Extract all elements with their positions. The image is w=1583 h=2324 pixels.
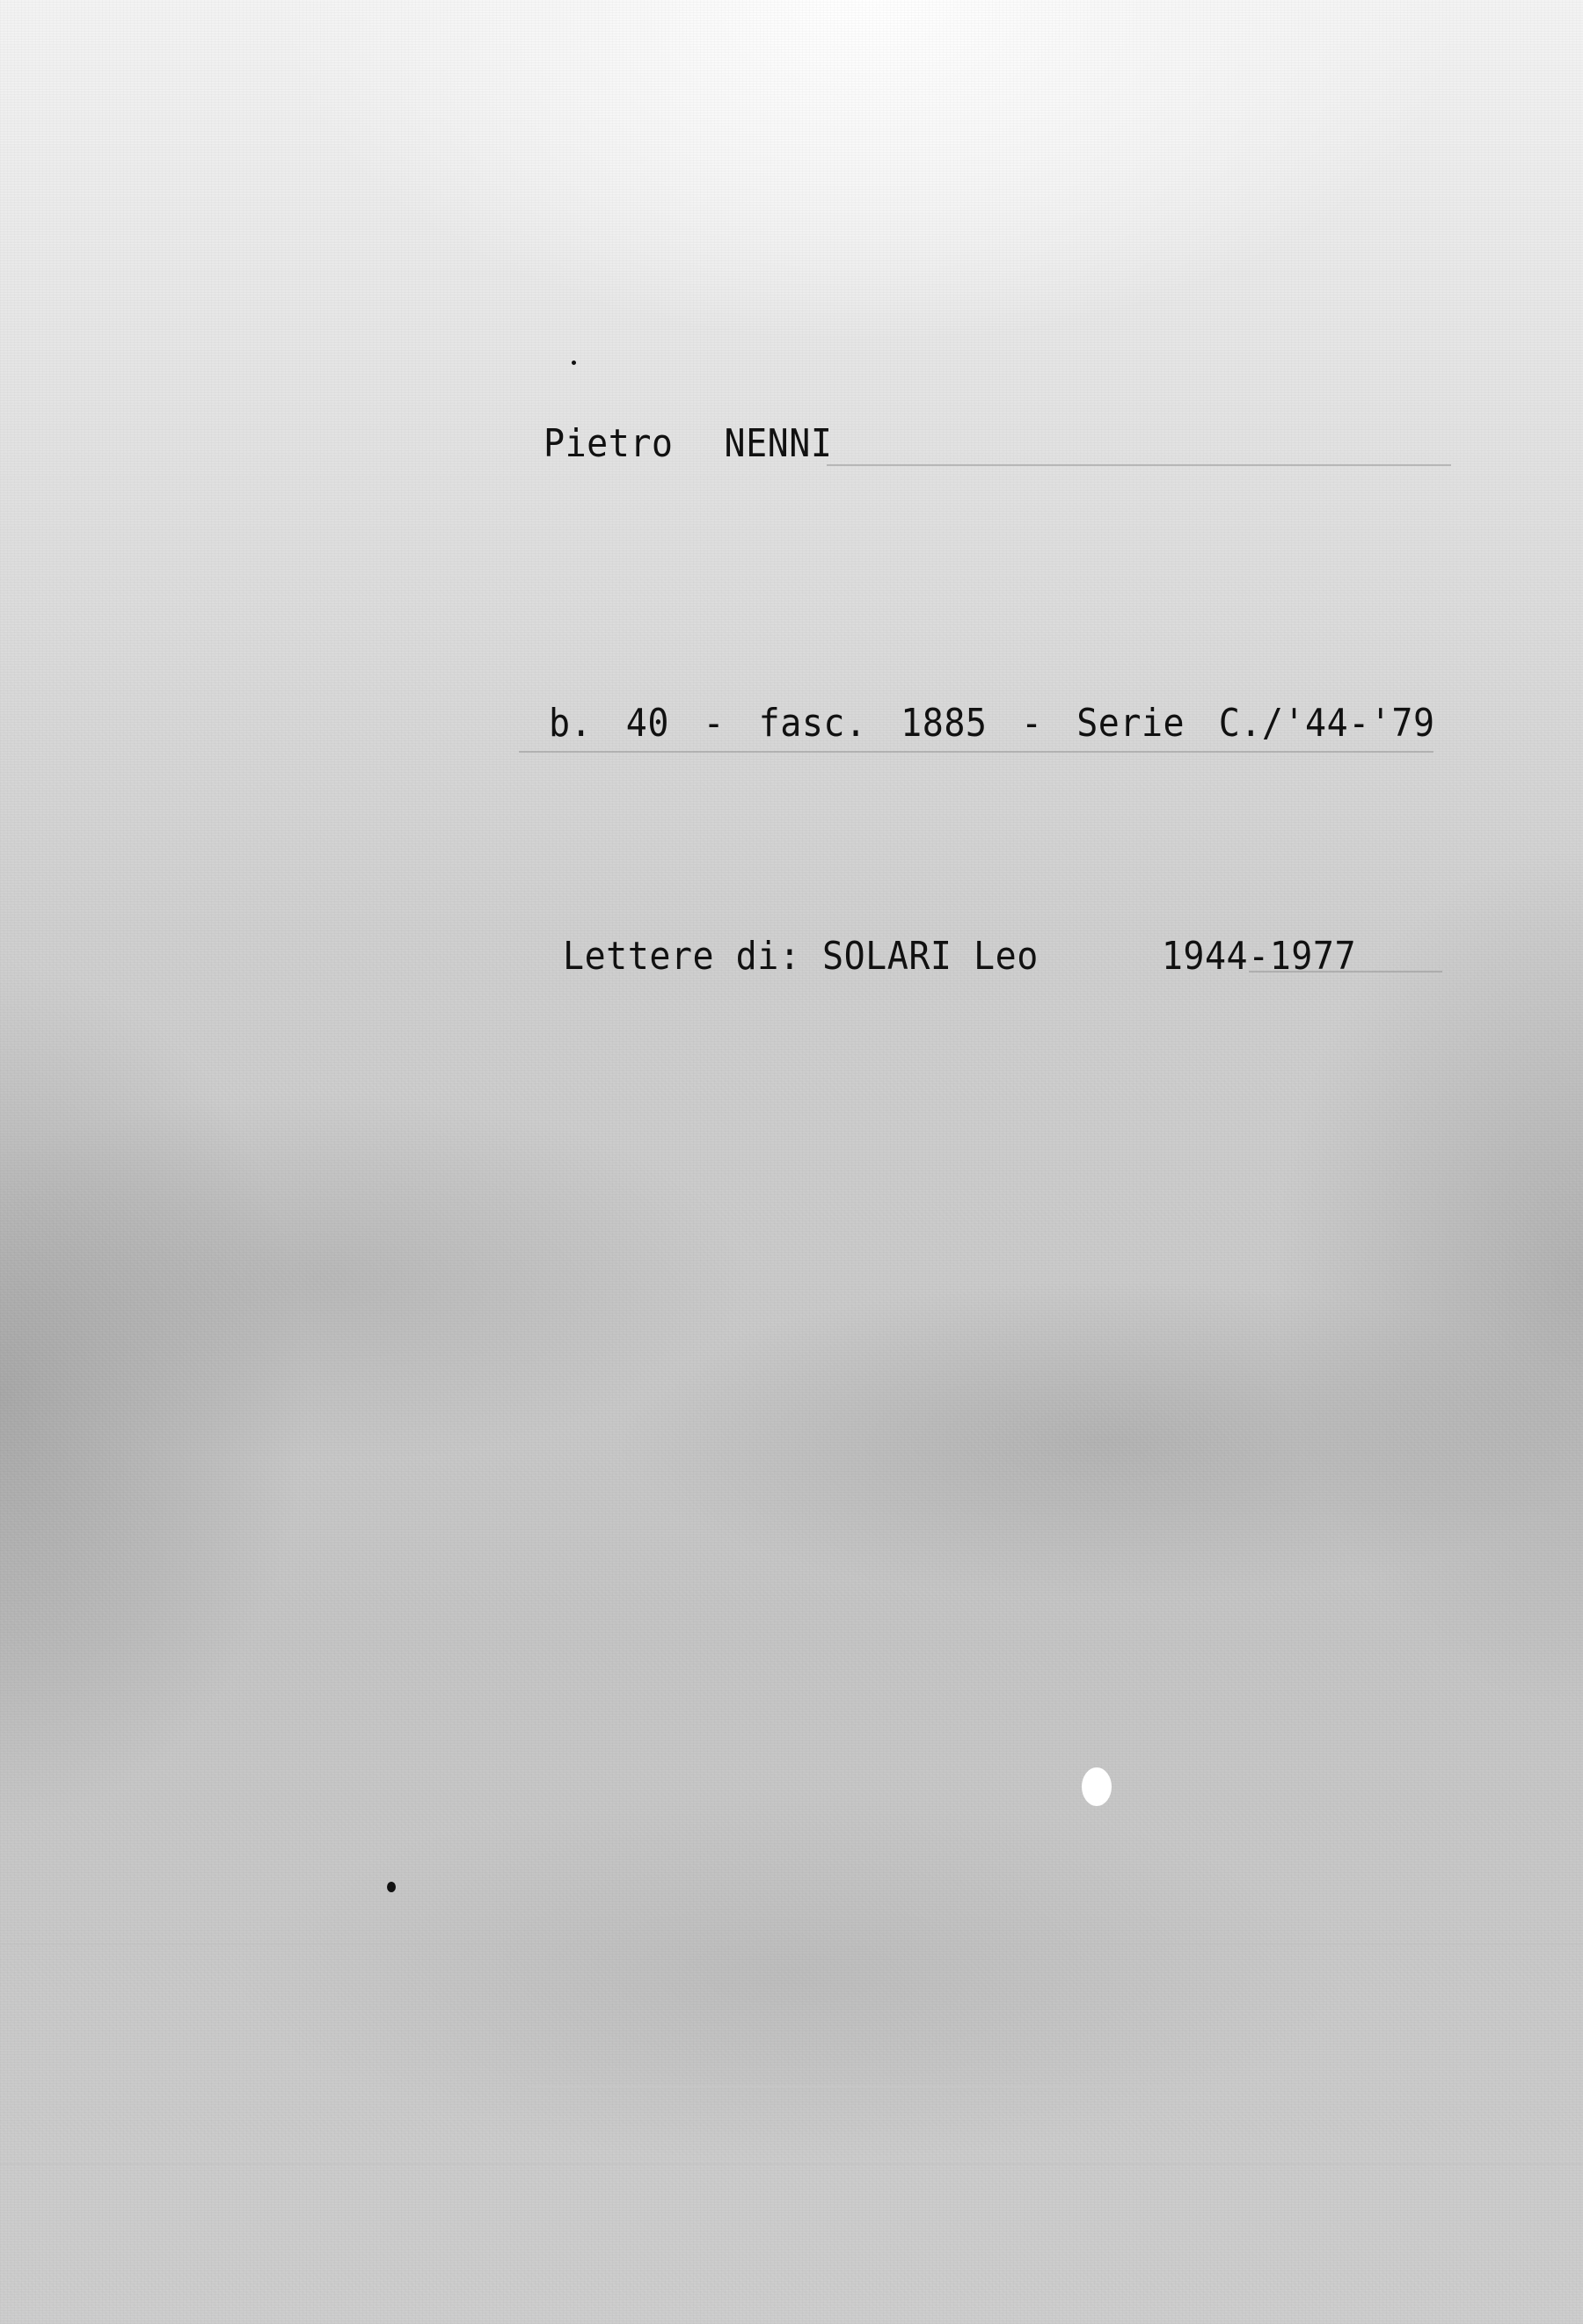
scan-line-lower: [0, 2163, 1583, 2165]
letters-label: Lettere di: SOLARI Leo: [563, 935, 1039, 979]
first-name: Pietro: [543, 422, 674, 466]
scan-line-upper: [0, 1943, 1583, 1945]
paper-blemish: [1082, 1767, 1112, 1806]
header-name: PietroNENNI: [543, 422, 832, 466]
letters-dates: 1944-1977: [1162, 935, 1356, 979]
letters-line: Lettere di: SOLARI Leo1944-1977: [563, 935, 1356, 979]
underline-reference: [519, 751, 1433, 753]
last-name: NENNI: [725, 422, 833, 466]
archive-reference: b. 40 - fasc. 1885 - Serie C./'44-'79: [549, 702, 1435, 746]
bottom-rule: [528, 2086, 1433, 2087]
ink-speck: [572, 361, 576, 365]
scan-noise-overlay: [0, 0, 1583, 2324]
underline-header: [827, 464, 1451, 466]
ink-speck: [387, 1882, 396, 1892]
